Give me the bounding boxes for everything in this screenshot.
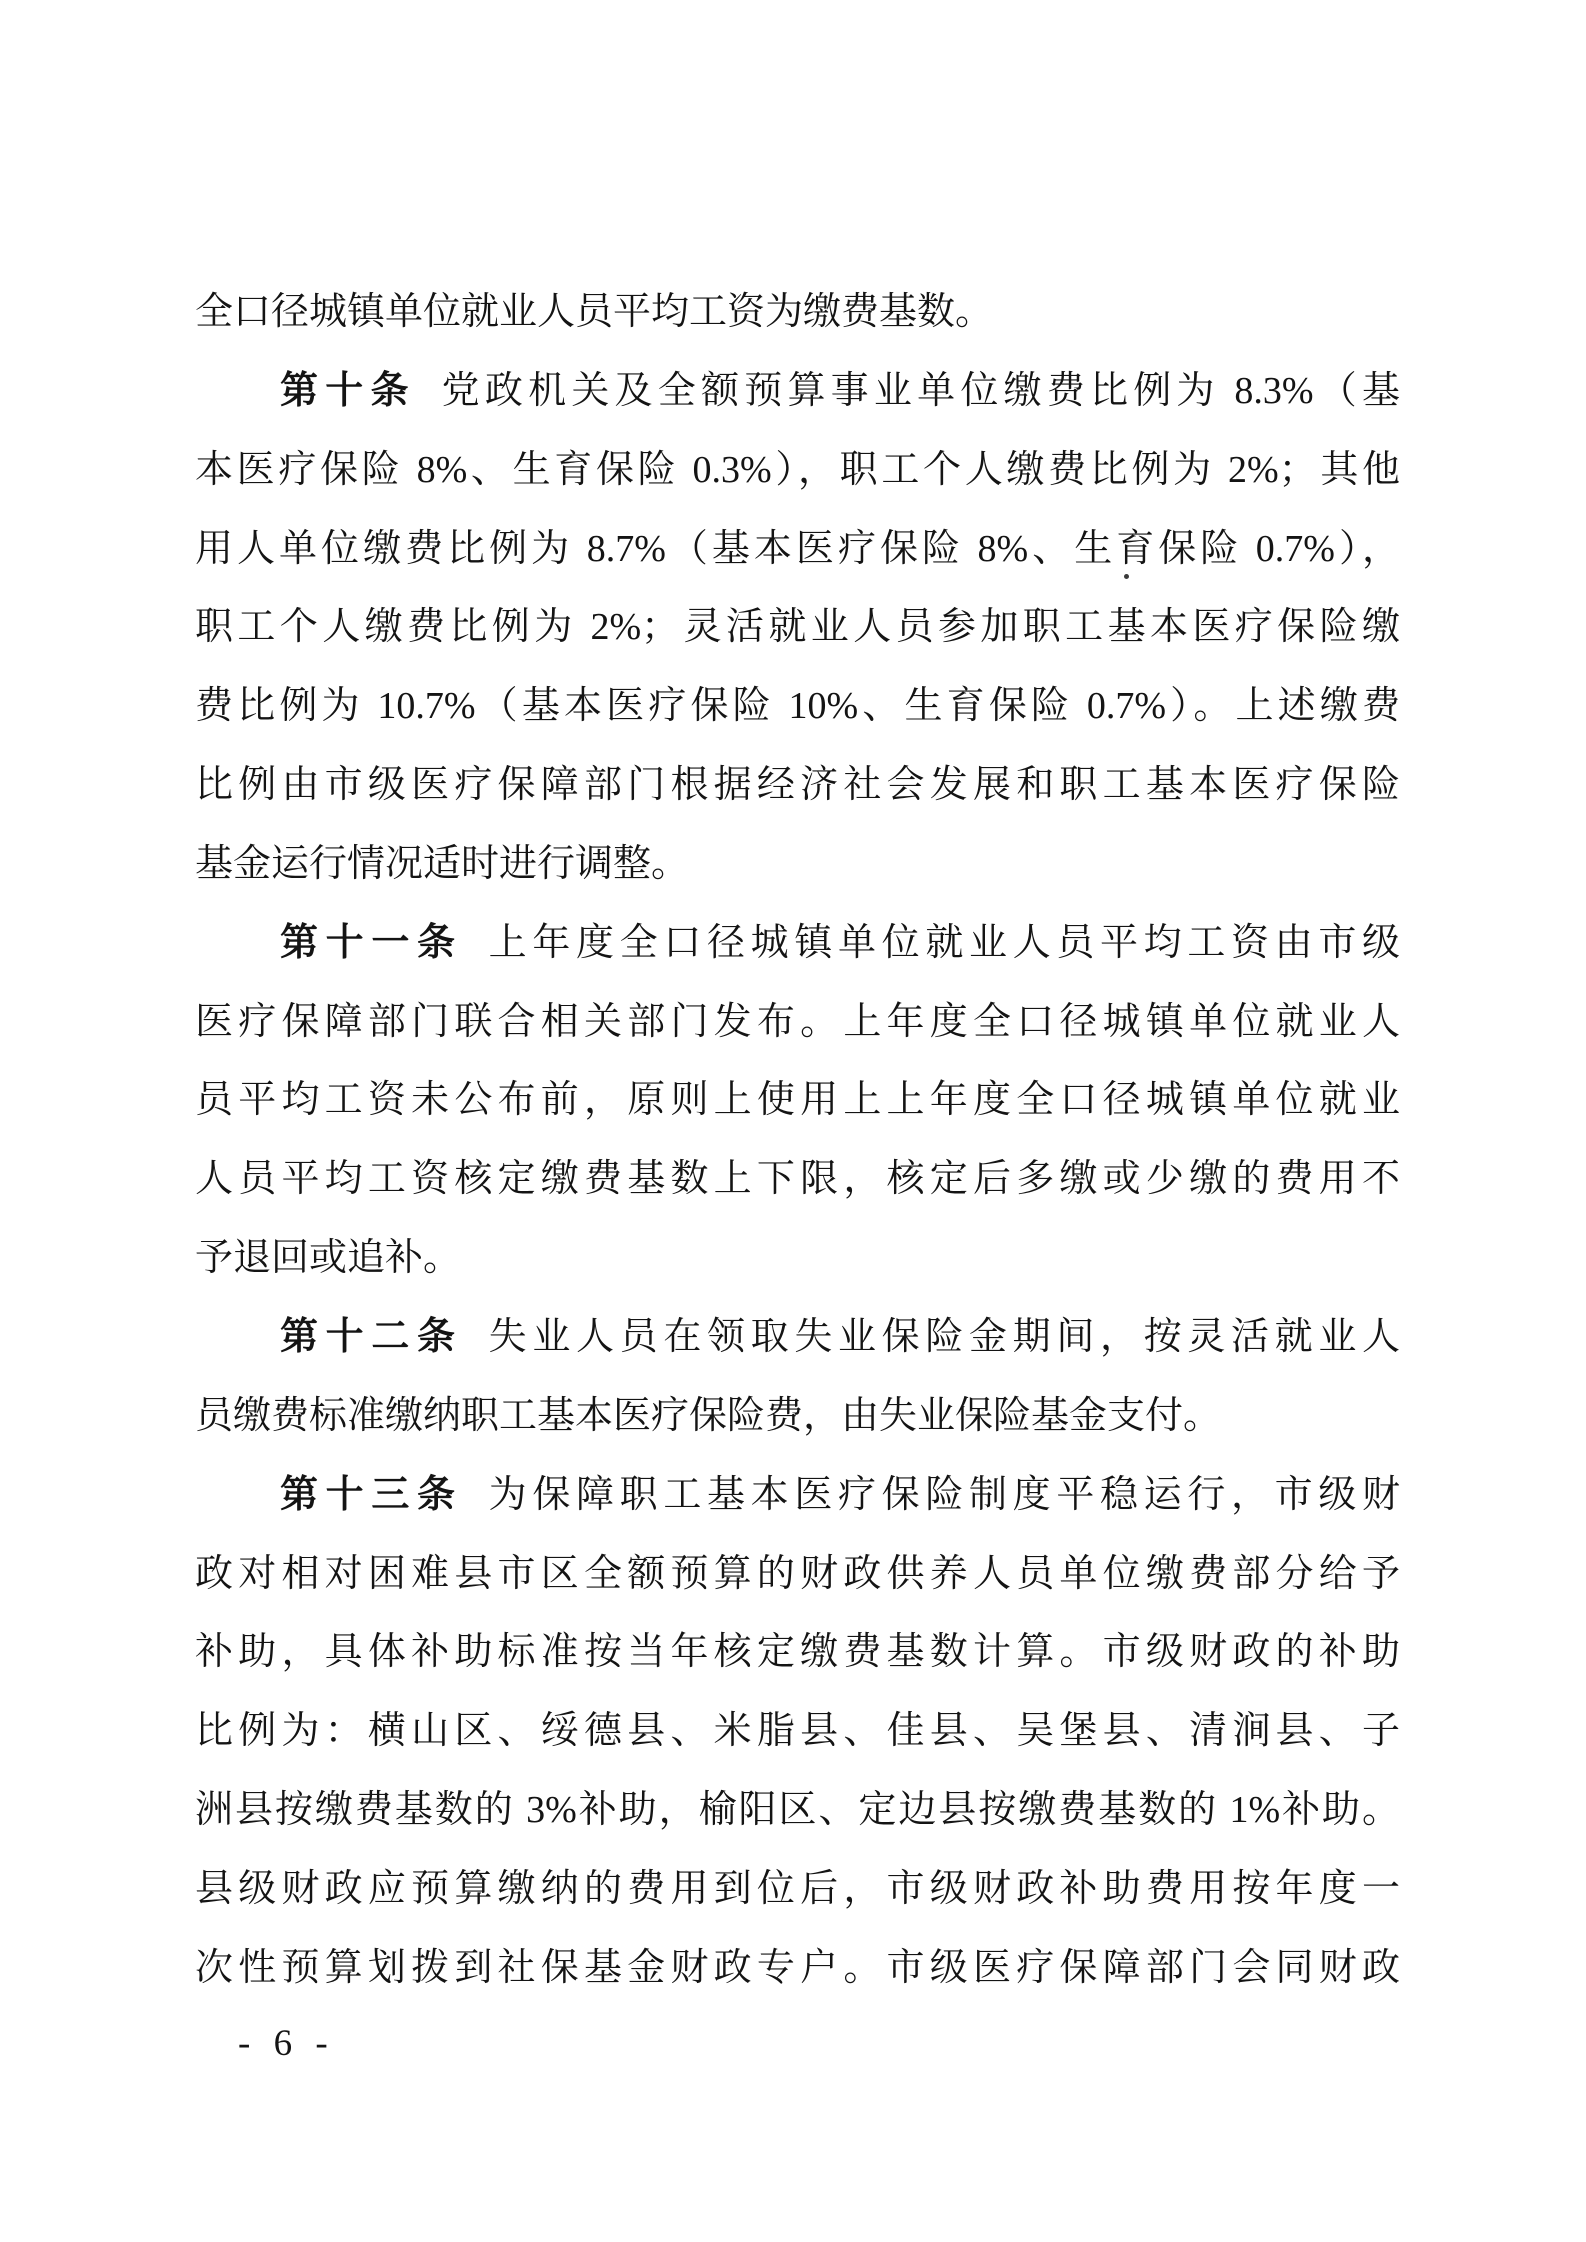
text-line: 次性预算划拨到社保基金财政专户。市级医疗保障部门会同财政 [195,1929,1400,2008]
text-line: 员缴费标准缴纳职工基本医疗保险费，由失业保险基金支付。 [195,1377,1400,1456]
text-line: 医疗保障部门联合相关部门发布。上年度全口径城镇单位就业人 [195,983,1400,1062]
text-line: 职工个人缴费比例为 2%；灵活就业人员参加职工基本医疗保险缴 [195,588,1400,667]
text-line: 第十三条为保障职工基本医疗保险制度平稳运行，市级财 [195,1456,1400,1535]
text-line: 第十一条上年度全口径城镇单位就业人员平均工资由市级 [195,904,1400,983]
document-body: 全口径城镇单位就业人员平均工资为缴费基数。第十条党政机关及全额预算事业单位缴费比… [195,273,1400,2008]
text-line: 人员平均工资核定缴费基数上下限，核定后多缴或少缴的费用不 [195,1140,1400,1219]
text-line: 政对相对困难县市区全额预算的财政供养人员单位缴费部分给予 [195,1535,1400,1614]
article-number: 第十三条 [280,1474,463,1516]
text-line: 第十条党政机关及全额预算事业单位缴费比例为 8.3%（基 [195,352,1400,431]
article-number: 第十一条 [280,922,463,964]
text-line: 费比例为 10.7%（基本医疗保险 10%、生育保险 0.7%）。上述缴费 [195,667,1400,746]
text-line: 县级财政应预算缴纳的费用到位后，市级财政补助费用按年度一 [195,1850,1400,1929]
document-page: 全口径城镇单位就业人员平均工资为缴费基数。第十条党政机关及全额预算事业单位缴费比… [0,0,1586,2242]
text-line: 补助，具体补助标准按当年核定缴费基数计算。市级财政的补助 [195,1613,1400,1692]
scan-artifact [1124,574,1129,579]
text-line: 用人单位缴费比例为 8.7%（基本医疗保险 8%、生育保险 0.7%）， [195,510,1400,589]
article-number: 第十二条 [280,1316,463,1358]
text-line: 员平均工资未公布前，原则上使用上上年度全口径城镇单位就业 [195,1061,1400,1140]
text-line: 第十二条失业人员在领取失业保险金期间，按灵活就业人 [195,1298,1400,1377]
text-line: 比例为：横山区、绥德县、米脂县、佳县、吴堡县、清涧县、子 [195,1692,1400,1771]
page-number: - 6 - [238,2022,335,2066]
text-line: 予退回或追补。 [195,1219,1400,1298]
text-line: 洲县按缴费基数的 3%补助，榆阳区、定边县按缴费基数的 1%补助。 [195,1771,1400,1850]
text-line: 基金运行情况适时进行调整。 [195,825,1400,904]
text-line: 比例由市级医疗保障部门根据经济社会发展和职工基本医疗保险 [195,746,1400,825]
article-number: 第十条 [280,370,416,412]
text-line: 全口径城镇单位就业人员平均工资为缴费基数。 [195,273,1400,352]
text-line: 本医疗保险 8%、生育保险 0.3%），职工个人缴费比例为 2%；其他 [195,431,1400,510]
